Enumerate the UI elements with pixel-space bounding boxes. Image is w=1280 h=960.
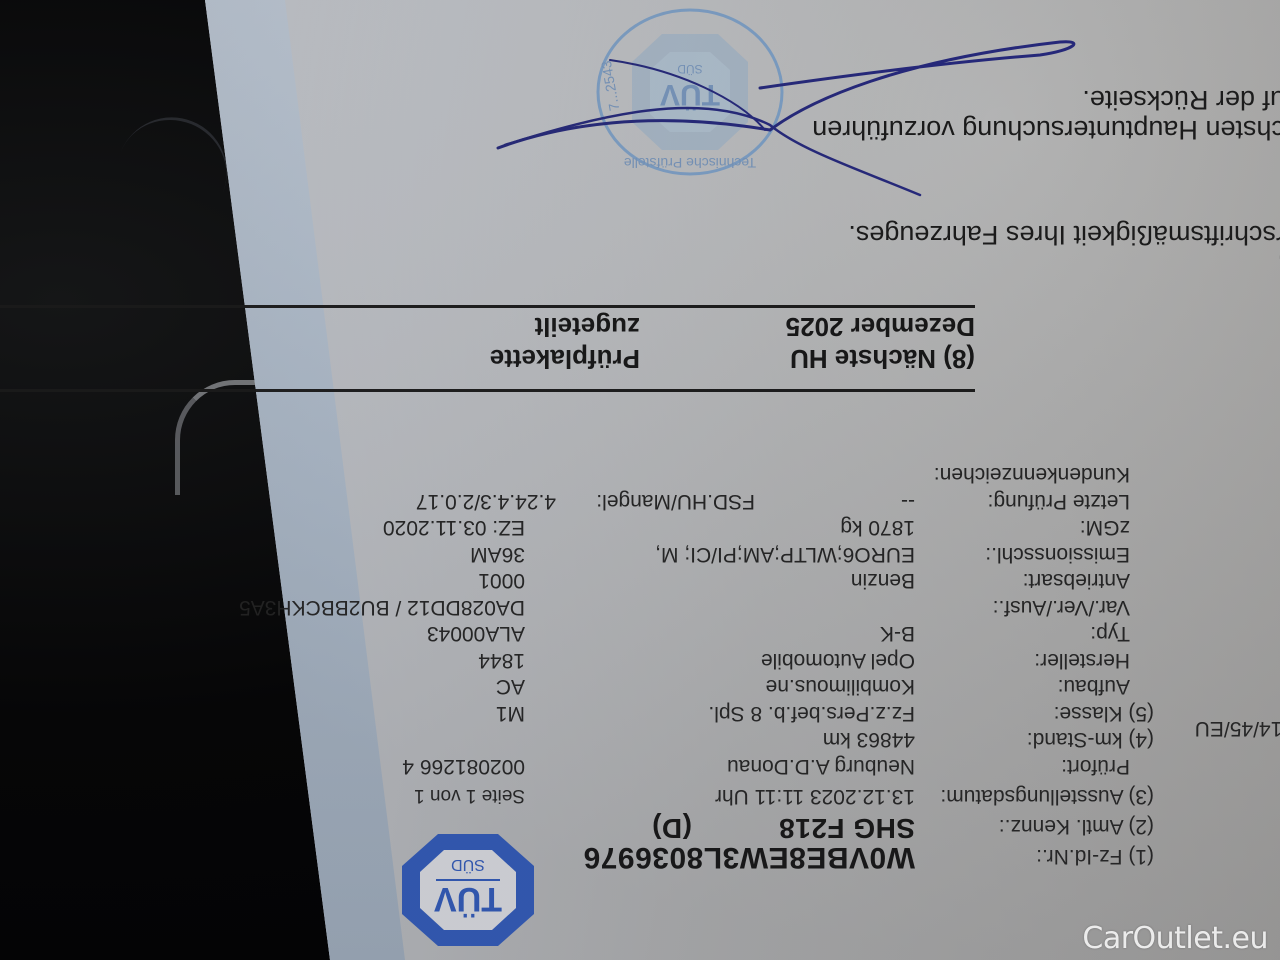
field-label: Prüfort: bbox=[1061, 754, 1130, 778]
plakette-value: zugeteilt bbox=[535, 311, 640, 342]
body-line-3: ächsten Hauptuntersuchung vorzuführen bbox=[812, 114, 1280, 145]
divider-top bbox=[0, 389, 975, 392]
svg-text:SÜD: SÜD bbox=[677, 62, 703, 76]
inspection-report: TÜV SÜD (1) Fz-Id.Nr.: W0VBE8EW3L8036976… bbox=[0, 0, 1280, 960]
svg-text:Technische Prüfstelle: Technische Prüfstelle bbox=[624, 155, 757, 171]
field-value: Opel Automobile bbox=[761, 648, 915, 672]
field-code: 1844 bbox=[478, 648, 525, 672]
field-value: 44863 km bbox=[823, 728, 915, 752]
inspection-stamp-icon: TÜV SÜD Technische Prüfstelle 7...2543 bbox=[590, 5, 790, 180]
field-code: 36AM bbox=[470, 542, 525, 566]
field-value: Kombilimous.ne bbox=[766, 675, 915, 699]
field-label: Kundenkennzeichen: bbox=[934, 463, 1130, 487]
divider-bottom bbox=[0, 305, 975, 308]
field-value: B-K bbox=[880, 622, 915, 646]
body-line-4: auf der Rückseite. bbox=[1082, 84, 1280, 115]
field-code: ALA00043 bbox=[427, 622, 525, 646]
page-indicator: Seite 1 von 1 bbox=[414, 784, 525, 806]
svg-text:TÜV: TÜV bbox=[660, 78, 720, 111]
field-value: -- bbox=[901, 489, 915, 513]
field-label: (4) km-Stand: bbox=[1027, 728, 1154, 752]
field-label: (5) Klasse: bbox=[1054, 701, 1154, 725]
field-code: EZ: 03.11.2020 bbox=[383, 516, 525, 540]
field-code: AC bbox=[496, 675, 525, 699]
field-label: Antriebsart: bbox=[1023, 569, 1130, 593]
field-code: M1 bbox=[496, 701, 525, 725]
field-code-2: 4.24.4.3/2.0.17 bbox=[416, 489, 556, 513]
next-hu-value: Dezember 2025 bbox=[786, 311, 975, 342]
field-code: 002081266 4 bbox=[402, 754, 525, 778]
field-label: Typ: bbox=[1090, 622, 1130, 646]
kennz-value: SHG F218 bbox=[779, 812, 915, 844]
field-label: zGM: bbox=[1080, 516, 1130, 540]
field-value: Benzin bbox=[851, 569, 915, 593]
field-label: Emissionsschl.: bbox=[985, 542, 1130, 566]
field-value: Fz.z.Pers.bef.b. 8 Spl. bbox=[708, 701, 915, 725]
field-label: Hersteller: bbox=[1034, 648, 1130, 672]
svg-text:TÜV: TÜV bbox=[434, 880, 502, 918]
plakette-label: Prüfplakette bbox=[490, 343, 640, 374]
next-hu-label: (8) Nächste HU bbox=[790, 343, 975, 374]
field-code: FSD.HU/Mangel: bbox=[596, 489, 755, 513]
field-code: DA028DD12 / BU2BBCKH3A5 bbox=[239, 595, 525, 619]
svg-text:7...2543: 7...2543 bbox=[598, 59, 623, 112]
field-value: Neuburg A.D.Donau bbox=[727, 754, 915, 778]
side-note: 014/45/EU bbox=[1195, 716, 1280, 740]
fz-id-value: W0VBE8EW3L8036976 bbox=[583, 840, 915, 874]
field-label: Letzte Prüfung: bbox=[988, 489, 1130, 513]
kennz-label: (2) Amtl. Kennz.: bbox=[999, 814, 1154, 838]
field-code: 0001 bbox=[478, 569, 525, 593]
field-value: 1870 kg bbox=[840, 516, 915, 540]
tuv-sud-logo-icon: TÜV SÜD bbox=[398, 830, 538, 950]
kennz-country: (D) bbox=[652, 812, 692, 844]
caroutlet-watermark: CarOutlet.eu bbox=[1082, 921, 1268, 956]
datum-label: (3) Ausstellungsdatum: bbox=[940, 784, 1154, 808]
body-line-2: orschriftsmäßigkeit Ihres Fahrzeuges. bbox=[848, 219, 1280, 250]
svg-text:SÜD: SÜD bbox=[451, 856, 485, 874]
fz-id-label: (1) Fz-Id.Nr.: bbox=[1036, 844, 1154, 868]
field-value: EURO6;WLTP;AM;PI/CI; M, bbox=[655, 542, 915, 566]
field-label: Aufbau: bbox=[1058, 675, 1130, 699]
field-label: Var./Ver./Ausf.: bbox=[993, 595, 1130, 619]
datum-value: 13.12.2023 11:11 Uhr bbox=[715, 784, 915, 808]
